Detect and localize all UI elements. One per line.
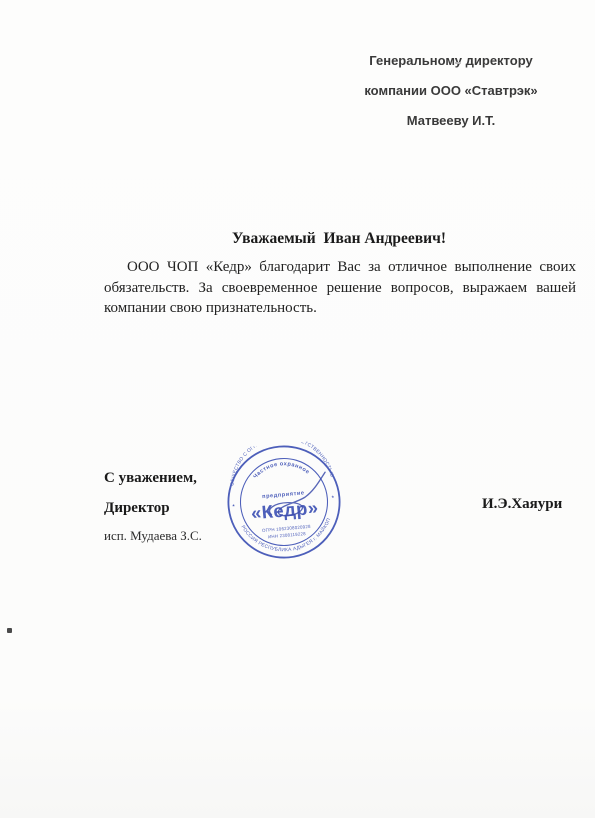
recipient-line: Генеральному директору bbox=[362, 46, 540, 76]
signature-name: И.Э.Хаяури bbox=[482, 496, 562, 513]
recipient-line: компании ООО «Ставтрэк» bbox=[362, 76, 540, 106]
signature-closing: С уважением, bbox=[104, 470, 197, 487]
signature-executor: исп. Мудаева З.С. bbox=[104, 528, 202, 544]
stamp-graphic: ОБЩЕСТВО С ОГРАНИЧЕННОЙ ОТВЕТСТВЕННОСТЬЮ… bbox=[221, 439, 347, 565]
recipient-block: Генеральному директору компании ООО «Ста… bbox=[362, 46, 540, 136]
letter-page: Генеральному директору компании ООО «Ста… bbox=[0, 0, 595, 818]
recipient-line: Матвееву И.Т. bbox=[362, 106, 540, 136]
stamp-star-right: * bbox=[331, 496, 335, 502]
stamp-company-name: «Кедр» bbox=[250, 497, 319, 524]
stamp-inn: ИНН 2308119228 bbox=[268, 531, 307, 539]
stamp-star-left: * bbox=[232, 504, 236, 510]
salutation: Уважаемый Иван Андреевич! bbox=[100, 230, 578, 248]
scan-dash-artifact bbox=[455, 62, 461, 64]
signature-title: Директор bbox=[104, 500, 170, 517]
scan-speck-artifact bbox=[7, 628, 12, 633]
letter-body-paragraph: ООО ЧОП «Кедр» благодарит Вас за отлично… bbox=[104, 257, 576, 319]
company-stamp: ОБЩЕСТВО С ОГРАНИЧЕННОЙ ОТВЕТСТВЕННОСТЬЮ… bbox=[221, 439, 347, 565]
